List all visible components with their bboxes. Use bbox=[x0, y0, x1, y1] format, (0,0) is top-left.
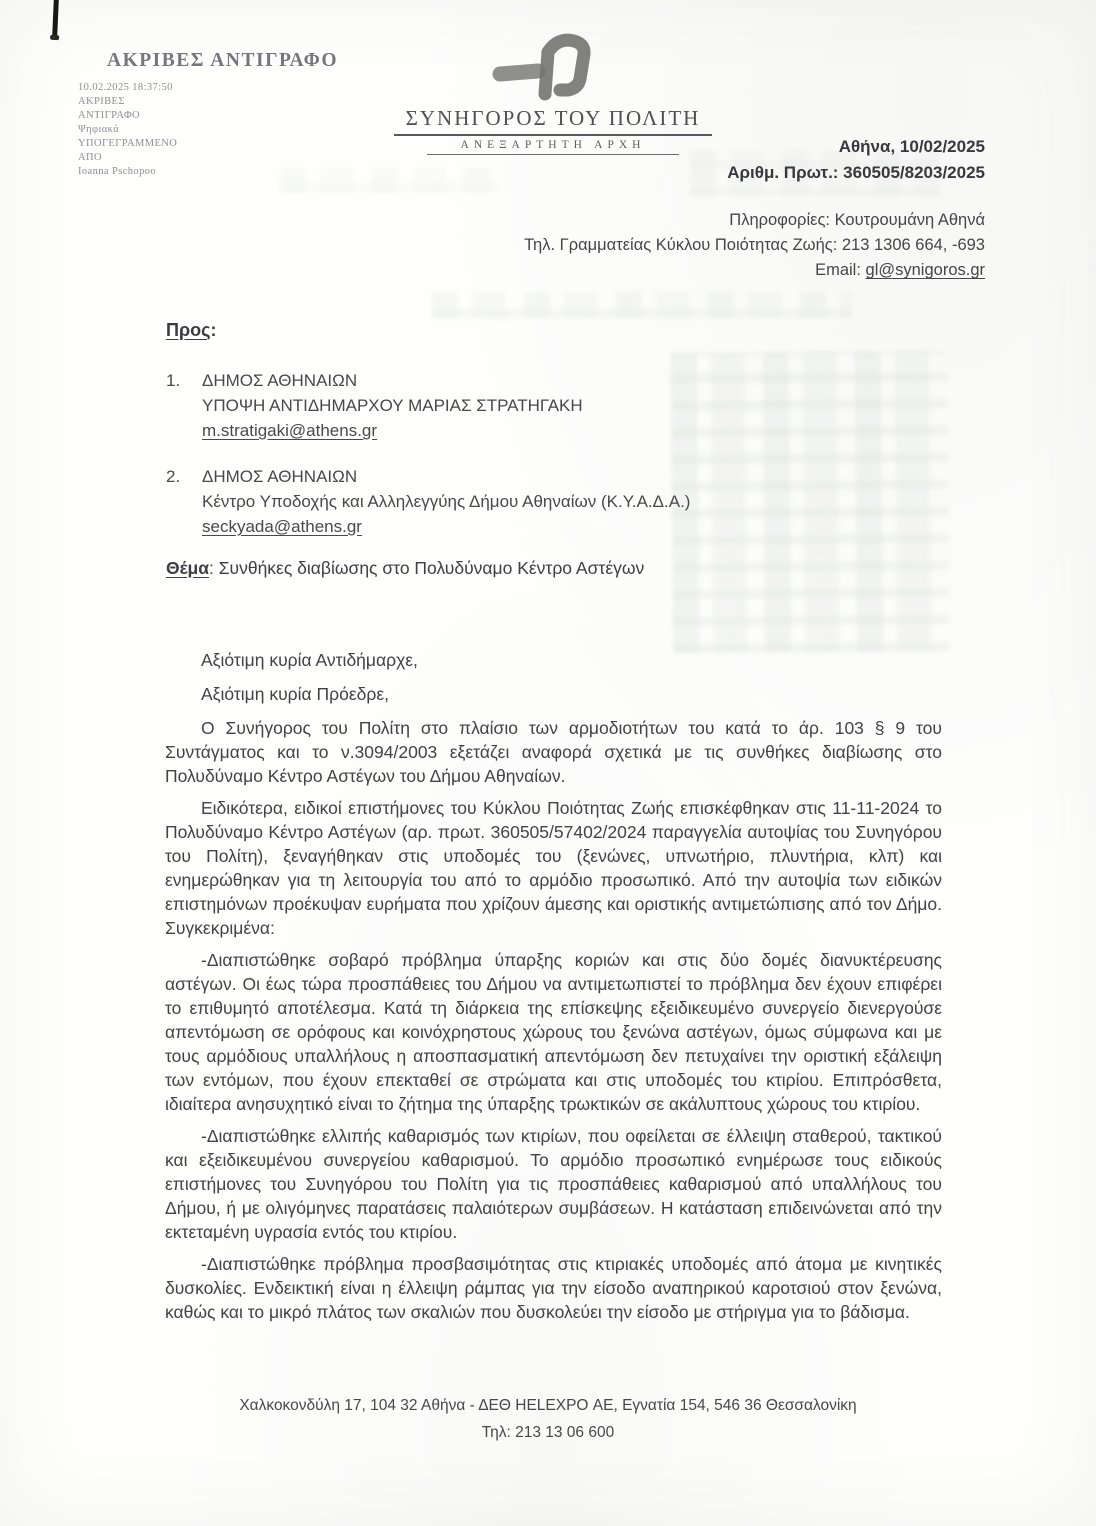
recipient-email-link[interactable]: seckyada@athens.gr bbox=[202, 517, 362, 536]
stamp-line: 10.02.2025 18:37:50 bbox=[78, 81, 358, 95]
footer-address: Χαλκοκονδύλη 17, 104 32 Αθήνα - ΔΕΘ HELE… bbox=[0, 1392, 1096, 1419]
recipient-item: 2. ΔΗΜΟΣ ΑΘΗΝΑΙΩΝ Κέντρο Υποδοχής και Αλ… bbox=[166, 464, 806, 539]
brushstroke-figure-icon bbox=[478, 32, 628, 104]
logo-divider bbox=[427, 154, 679, 155]
recipients-section: Προς: 1. ΔΗΜΟΣ ΑΘΗΝΑΙΩΝ ΥΠΟΨΗ ΑΝΤΙΔΗΜΑΡΧ… bbox=[166, 320, 806, 560]
recipient-email-line: seckyada@athens.gr bbox=[202, 514, 690, 539]
recipient-attn: ΥΠΟΨΗ ΑΝΤΙΔΗΜΑΡΧΟΥ ΜΑΡΙΑΣ ΣΤΡΑΤΗΓΑΚΗ bbox=[202, 393, 583, 418]
subject-label: Θέμα bbox=[166, 558, 209, 578]
stamp-details: 10.02.2025 18:37:50 ΑΚΡΙΒΕΣ ΑΝΤΙΓΡΑΦΟ Ψη… bbox=[78, 81, 358, 179]
contact-phone: Τηλ. Γραμματείας Κύκλου Ποιότητας Ζωής: … bbox=[524, 233, 985, 258]
contact-email-line: Email: gl@synigoros.gr bbox=[524, 258, 985, 283]
contact-email-link[interactable]: gl@synigoros.gr bbox=[866, 261, 985, 279]
subject-line: Θέμα: Συνθήκες διαβίωσης στο Πολυδύναμο … bbox=[166, 558, 644, 579]
contact-person: Πληροφορίες: Κουτρουμάνη Αθηνά bbox=[524, 208, 985, 233]
body-paragraph: -Διαπιστώθηκε πρόβλημα προσβασιμότητας σ… bbox=[165, 1252, 942, 1324]
body-paragraph: -Διαπιστώθηκε ελλιπής καθαρισμός των κτι… bbox=[165, 1124, 942, 1244]
logo-divider bbox=[394, 134, 712, 136]
salutation: Αξιότιμη κυρία Αντιδήμαρχε, bbox=[165, 648, 942, 672]
organization-tagline: ΑΝΕΞΑΡΤΗΤΗ ΑΡΧΗ bbox=[360, 139, 746, 151]
stamp-line: Ioanna Pschopoo bbox=[78, 165, 358, 179]
ink-showthrough bbox=[432, 292, 852, 318]
to-label: Προς bbox=[166, 320, 211, 340]
letter-body: Αξιότιμη κυρία Αντιδήμαρχε, Αξιότιμη κυρ… bbox=[165, 648, 942, 1332]
stamp-line: ΑΚΡΙΒΕΣ bbox=[78, 95, 358, 109]
stamp-line: ΥΠΟΓΕΓΡΑΜΜΕΝΟ bbox=[78, 137, 358, 151]
contact-info-block: Πληροφορίες: Κουτρουμάνη Αθηνά Τηλ. Γραμ… bbox=[524, 208, 985, 283]
recipient-number: 1. bbox=[166, 368, 202, 443]
recipient-details: ΔΗΜΟΣ ΑΘΗΝΑΙΩΝ Κέντρο Υποδοχής και Αλληλ… bbox=[202, 464, 690, 539]
body-paragraph: Ο Συνήγορος του Πολίτη στο πλαίσιο των α… bbox=[165, 716, 942, 788]
organization-logo: ΣΥΝΗΓΟΡΟΣ ΤΟΥ ΠΟΛΙΤΗ ΑΝΕΞΑΡΤΗΤΗ ΑΡΧΗ bbox=[360, 32, 746, 155]
scanned-letter-page: ΑΚΡΙΒΕΣ ΑΝΤΙΓΡΑΦΟ 10.02.2025 18:37:50 ΑΚ… bbox=[0, 0, 1096, 1526]
recipients-list: 1. ΔΗΜΟΣ ΑΘΗΝΑΙΩΝ ΥΠΟΨΗ ΑΝΤΙΔΗΜΑΡΧΟΥ ΜΑΡ… bbox=[166, 368, 806, 539]
stamp-line: ΑΝΤΙΓΡΑΦΟ bbox=[78, 109, 358, 123]
subject-text: : Συνθήκες διαβίωσης στο Πολυδύναμο Κέντ… bbox=[209, 558, 644, 578]
date-protocol-block: Αθήνα, 10/02/2025 Αριθμ. Πρωτ.: 360505/8… bbox=[727, 134, 985, 186]
recipient-number: 2. bbox=[166, 464, 202, 539]
letterhead-footer: Χαλκοκονδύλη 17, 104 32 Αθήνα - ΔΕΘ HELE… bbox=[0, 1392, 1096, 1446]
footer-phone: Τηλ: 213 13 06 600 bbox=[0, 1419, 1096, 1446]
salutation: Αξιότιμη κυρία Πρόεδρε, bbox=[165, 682, 942, 706]
protocol-number: Αριθμ. Πρωτ.: 360505/8203/2025 bbox=[727, 160, 985, 186]
to-heading: Προς: bbox=[166, 320, 806, 341]
stamp-line: Ψηφιακά bbox=[78, 123, 358, 137]
scan-staple-artifact bbox=[52, 0, 59, 38]
body-paragraph: Ειδικότερα, ειδικοί επιστήμονες του Κύκλ… bbox=[165, 796, 942, 940]
recipient-dept: Κέντρο Υποδοχής και Αλληλεγγύης Δήμου Αθ… bbox=[202, 489, 690, 514]
stamp-title: ΑΚΡΙΒΕΣ ΑΝΤΙΓΡΑΦΟ bbox=[107, 50, 358, 72]
recipient-item: 1. ΔΗΜΟΣ ΑΘΗΝΑΙΩΝ ΥΠΟΨΗ ΑΝΤΙΔΗΜΑΡΧΟΥ ΜΑΡ… bbox=[166, 368, 806, 443]
recipient-org: ΔΗΜΟΣ ΑΘΗΝΑΙΩΝ bbox=[202, 464, 690, 489]
certified-copy-stamp: ΑΚΡΙΒΕΣ ΑΝΤΙΓΡΑΦΟ 10.02.2025 18:37:50 ΑΚ… bbox=[78, 50, 358, 179]
city-date: Αθήνα, 10/02/2025 bbox=[727, 134, 985, 160]
email-label: Email: bbox=[815, 261, 865, 279]
recipient-email-line: m.stratigaki@athens.gr bbox=[202, 418, 583, 443]
recipient-org: ΔΗΜΟΣ ΑΘΗΝΑΙΩΝ bbox=[202, 368, 583, 393]
stamp-line: ΑΠΟ bbox=[78, 151, 358, 165]
recipient-details: ΔΗΜΟΣ ΑΘΗΝΑΙΩΝ ΥΠΟΨΗ ΑΝΤΙΔΗΜΑΡΧΟΥ ΜΑΡΙΑΣ… bbox=[202, 368, 583, 443]
body-paragraph: -Διαπιστώθηκε σοβαρό πρόβλημα ύπαρξης κο… bbox=[165, 948, 942, 1116]
recipient-email-link[interactable]: m.stratigaki@athens.gr bbox=[202, 421, 377, 440]
organization-name: ΣΥΝΗΓΟΡΟΣ ΤΟΥ ΠΟΛΙΤΗ bbox=[360, 106, 746, 131]
